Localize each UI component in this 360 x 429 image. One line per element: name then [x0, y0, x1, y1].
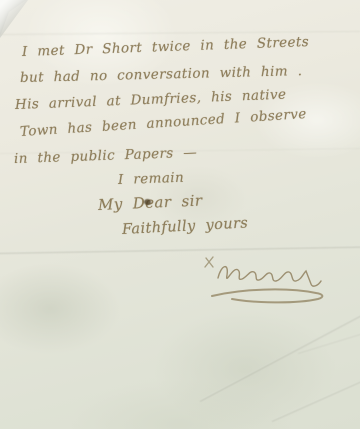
letter-closing-remain: I remain	[118, 170, 185, 188]
paper-stains	[0, 0, 360, 429]
paper-shadow: I met Dr Short twice in the Streets but …	[0, 0, 360, 429]
ink-blot	[144, 199, 151, 205]
letter-paper: I met Dr Short twice in the Streets but …	[0, 0, 360, 429]
letter-photograph: I met Dr Short twice in the Streets but …	[0, 0, 360, 429]
signature-flourish	[198, 252, 338, 310]
